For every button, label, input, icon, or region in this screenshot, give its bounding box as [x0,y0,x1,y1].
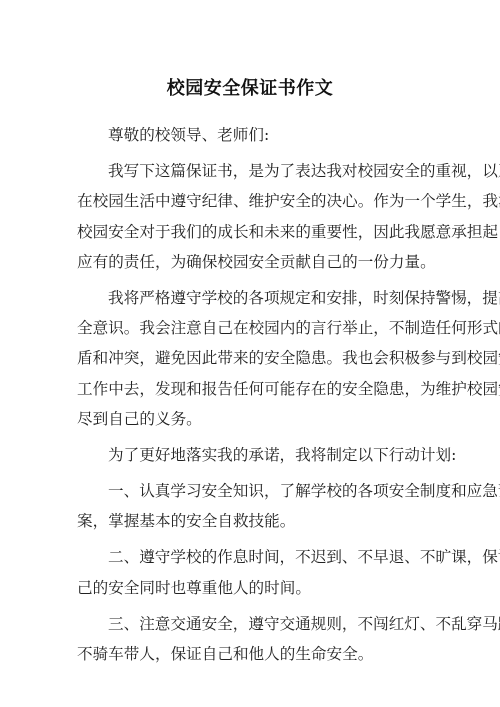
paragraph-line: 案，掌握基本的安全自救技能。 [77,506,419,536]
paragraph-line: 我写下这篇保证书，是为了表达我对校园安全的重视，以及我 [77,156,419,186]
document-page: 校园安全保证书作文 尊敬的校领导、老师们: 我写下这篇保证书，是为了表达我对校园… [0,0,500,707]
paragraph-line: 盾和冲突，避免因此带来的安全隐患。我也会积极参与到校园安全 [77,343,419,373]
action-item-2: 二、遵守学校的作息时间，不迟到、不早退、不旷课，保证自 己的安全同时也尊重他人的… [77,542,419,602]
action-item-1: 一、认真学习安全知识，了解学校的各项安全制度和应急预 案，掌握基本的安全自救技能… [77,476,419,536]
salutation: 尊敬的校领导、老师们: [77,120,419,150]
paragraph-line: 工作中去，发现和报告任何可能存在的安全隐患，为维护校园安全 [77,374,419,404]
document-title: 校园安全保证书作文 [0,74,500,100]
paragraph-line: 为了更好地落实我的承诺，我将制定以下行动计划: [77,440,419,470]
paragraph-1: 我写下这篇保证书，是为了表达我对校园安全的重视，以及我 在校园生活中遵守纪律、维… [77,156,419,277]
paragraph-2: 我将严格遵守学校的各项规定和安排，时刻保持警惕，提高安 全意识。我会注意自己在校… [77,283,419,434]
paragraph-line: 全意识。我会注意自己在校园内的言行举止，不制造任何形式的矛 [77,313,419,343]
paragraph-line: 二、遵守学校的作息时间，不迟到、不早退、不旷课，保证自 [77,542,419,572]
paragraph-line: 我将严格遵守学校的各项规定和安排，时刻保持警惕，提高安 [77,283,419,313]
paragraph-line: 不骑车带人，保证自己和他人的生命安全。 [77,639,419,669]
paragraph-line: 尽到自己的义务。 [77,404,419,434]
paragraph-line: 应有的责任，为确保校园安全贡献自己的一份力量。 [77,247,419,277]
paragraph-line: 校园安全对于我们的成长和未来的重要性，因此我愿意承担起自己 [77,217,419,247]
document-body: 尊敬的校领导、老师们: 我写下这篇保证书，是为了表达我对校园安全的重视，以及我 … [77,120,419,669]
paragraph-line: 在校园生活中遵守纪律、维护安全的决心。作为一个学生，我深知 [77,186,419,216]
paragraph-line: 己的安全同时也尊重他人的时间。 [77,573,419,603]
paragraph-line: 三、注意交通安全，遵守交通规则，不闯红灯、不乱穿马路、 [77,609,419,639]
action-item-3: 三、注意交通安全，遵守交通规则，不闯红灯、不乱穿马路、 不骑车带人，保证自己和他… [77,609,419,669]
paragraph-3: 为了更好地落实我的承诺，我将制定以下行动计划: [77,440,419,470]
paragraph-line: 一、认真学习安全知识，了解学校的各项安全制度和应急预 [77,476,419,506]
